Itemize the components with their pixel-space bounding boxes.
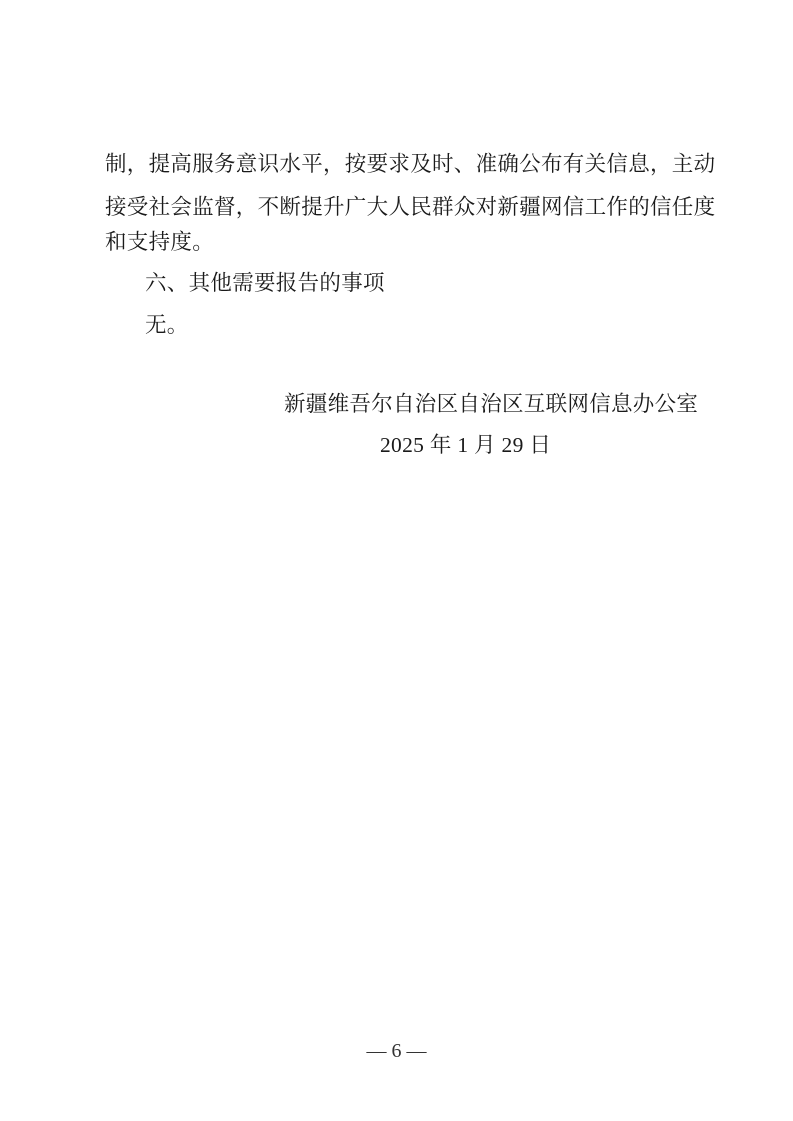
section-heading: 六、其他需要报告的事项 bbox=[145, 269, 385, 299]
paragraph-line-2: 接受社会监督，不断提升广大人民群众对新疆网信工作的信任度 bbox=[105, 193, 691, 223]
section-body: 无。 bbox=[145, 311, 189, 341]
paragraph-line-3: 和支持度。 bbox=[105, 228, 214, 258]
paragraph-line-1: 制，提高服务意识水平，按要求及时、准确公布有关信息，主动 bbox=[105, 150, 691, 180]
signature-organization: 新疆维吾尔自治区自治区互联网信息办公室 bbox=[284, 390, 698, 420]
signature-date: 2025 年 1 月 29 日 bbox=[380, 430, 551, 460]
page-number: — 6 — bbox=[0, 1040, 793, 1063]
